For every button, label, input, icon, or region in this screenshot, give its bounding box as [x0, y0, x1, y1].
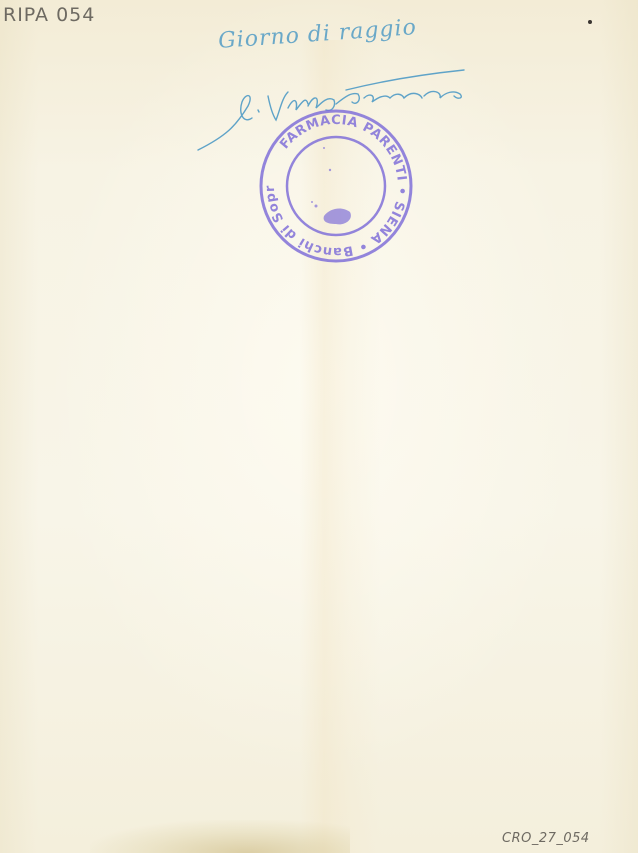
ink-speck — [588, 20, 592, 24]
archive-code: RIPA 054 — [3, 4, 95, 26]
reference-code: CRO_27_054 — [502, 831, 590, 846]
bottom-stain — [90, 820, 350, 853]
pharmacy-stamp: FARMACIA PARENTI • SIENA • Banchi di Sop… — [258, 108, 414, 264]
